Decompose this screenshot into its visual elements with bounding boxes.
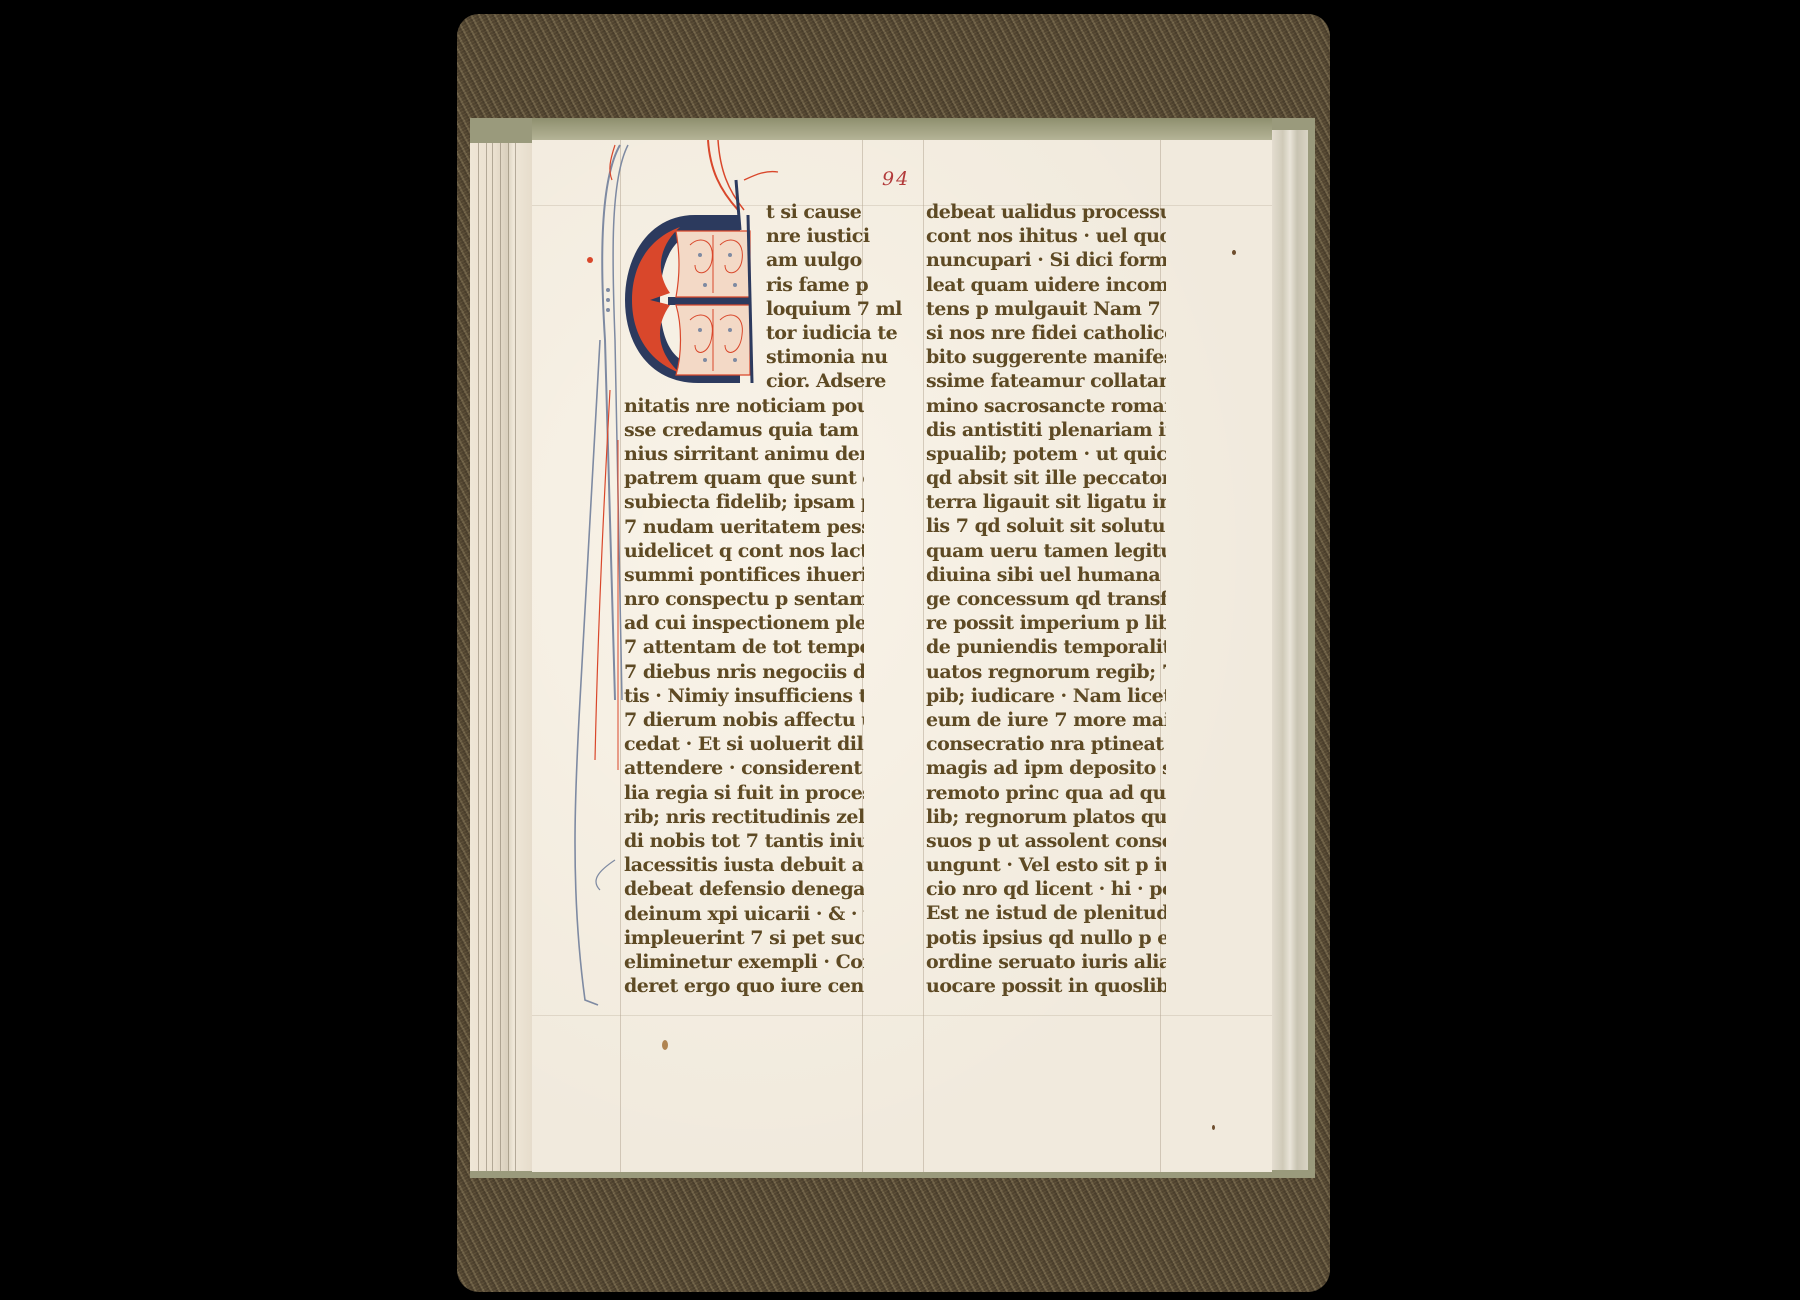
text-line: 7 diebus nris negociis deputa xyxy=(624,660,864,684)
text-line: ordine seruato iuris alia xyxy=(926,950,1166,974)
decorated-initial-e xyxy=(620,205,766,390)
text-line: 7 dierum nobis affectu uita con xyxy=(624,708,864,732)
text-line: nitatis nre noticiam poueri xyxy=(624,394,864,418)
text-line: tens p mulgauit Nam 7 xyxy=(926,297,1166,321)
text-line: ris fame p xyxy=(766,273,862,297)
text-line: suos p ut assolent consec 7 in xyxy=(926,829,1166,853)
text-column-right: debeat ualidus processus hi cont nos ihi… xyxy=(926,200,1166,998)
text-line: 7 nudam ueritatem pessim xyxy=(624,515,864,539)
stacked-right-leaves xyxy=(1272,130,1308,1170)
text-line: remoto princ qua ad quosl xyxy=(926,781,1166,805)
text-line: lacessitis iusta debuit aut xyxy=(624,853,864,877)
text-line: patrem quam que sunt oculis xyxy=(624,466,864,490)
text-line: bito suggerente manifesti xyxy=(926,345,1166,369)
text-line: nius sirritant animu demissa xyxy=(624,442,864,466)
text-line: qd absit sit ille peccator qd in xyxy=(926,466,1166,490)
text-line: consecratio nra ptineat no xyxy=(926,732,1166,756)
text-line: ungunt · Vel esto sit p iudi xyxy=(926,853,1166,877)
text-line: cior. Adsere xyxy=(766,369,862,393)
text-line: sse credamus quia tam reg xyxy=(624,418,864,442)
text-line: attendere · considerent consi xyxy=(624,756,864,780)
text-line: potis ipsius qd nullo p e xyxy=(926,926,1166,950)
text-line: debeat defensio denegari · Si xyxy=(624,877,864,901)
text-line: tis · Nimiy insufficiens temp xyxy=(624,684,864,708)
text-line: stimonia nu xyxy=(766,345,862,369)
text-line: lib; regnorum platos qui regs xyxy=(926,805,1166,829)
parchment-stain xyxy=(1232,250,1236,255)
text-line: nro conspectu p sentamus xyxy=(624,587,864,611)
text-line: uatos regnorum regib; 7 pnci xyxy=(926,660,1166,684)
text-line: mino sacrosancte romane se xyxy=(926,394,1166,418)
text-line: loquium 7 ml xyxy=(766,297,862,321)
text-line: cont nos ihitus · uel quo noie xyxy=(926,224,1166,248)
text-line: Est ne istud de plenitudine xyxy=(926,901,1166,925)
text-line: t si cause xyxy=(766,200,862,224)
text-line: uidelicet q cont nos lacteri xyxy=(624,539,864,563)
text-line: nre iustici xyxy=(766,224,862,248)
text-column-left: nitatis nre noticiam poueri sse credamus… xyxy=(624,394,864,999)
text-line: magis ad ipm deposito seu xyxy=(926,756,1166,780)
text-line: subiecta fidelib; ipsam puram xyxy=(624,490,864,514)
stacked-left-leaves xyxy=(470,143,534,1171)
text-column-left-beside-initial: t si cause nre iustici am uulgo ris fame… xyxy=(766,200,862,394)
text-line: eum de iure 7 more maiorum xyxy=(926,708,1166,732)
text-line: di nobis tot 7 tantis iniuriis xyxy=(624,829,864,853)
text-line: re possit imperium p libito aut xyxy=(926,611,1166,635)
text-line: uocare possit in quoslibet xyxy=(926,974,1166,998)
ruling-line xyxy=(923,140,924,1172)
text-line: 7 attentam de tot temporib; xyxy=(624,635,864,659)
text-line: quam ueru tamen legitur xyxy=(926,539,1166,563)
text-line: ge concessum qd transfer xyxy=(926,587,1166,611)
text-line: terra ligauit sit ligatu in ce xyxy=(926,490,1166,514)
text-line: ad cui inspectionem plenariam xyxy=(624,611,864,635)
text-line: dis antistiti plenariam in xyxy=(926,418,1166,442)
text-line: spualib; potem · ut quicq; xyxy=(926,442,1166,466)
text-line: lia regia si fuit in processo xyxy=(624,781,864,805)
text-line: nuncupari · Si dici forma ua xyxy=(926,248,1166,272)
text-line: si nos nre fidei catholice de xyxy=(926,321,1166,345)
text-line: summi pontifices ihuerint xyxy=(624,563,864,587)
text-line: diuina sibi uel humana le xyxy=(926,563,1166,587)
text-line: lis 7 qd soluit sit solutu · Nu xyxy=(926,514,1166,538)
text-line: rib; nris rectitudinis zelus xyxy=(624,805,864,829)
text-line: impleuerint 7 si pet successor xyxy=(624,926,864,950)
binding-gutter-top xyxy=(532,118,1272,142)
text-line: cedat · Et si uoluerit diligent xyxy=(624,732,864,756)
parchment-stain xyxy=(662,1040,668,1050)
text-line: ssime fateamur collatam ado xyxy=(926,369,1166,393)
text-line: de puniendis temporalit p xyxy=(926,635,1166,659)
parchment-stain xyxy=(1212,1125,1215,1130)
text-line: eliminetur exempli · Consi xyxy=(624,950,864,974)
text-line: debeat ualidus processus hi xyxy=(926,200,1166,224)
text-line: am uulgo xyxy=(766,248,862,272)
text-line: leat quam uidere incompe xyxy=(926,273,1166,297)
text-line: cio nro qd licent · hi · potem xyxy=(926,877,1166,901)
text-line: pib; iudicare · Nam licet ad xyxy=(926,684,1166,708)
text-line: deret ergo quo iure censeri xyxy=(624,974,864,998)
text-line: deinum xpi uicarii · & · uices xyxy=(624,902,864,926)
folio-number: 94 xyxy=(882,168,910,190)
text-line: tor iudicia te xyxy=(766,321,862,345)
